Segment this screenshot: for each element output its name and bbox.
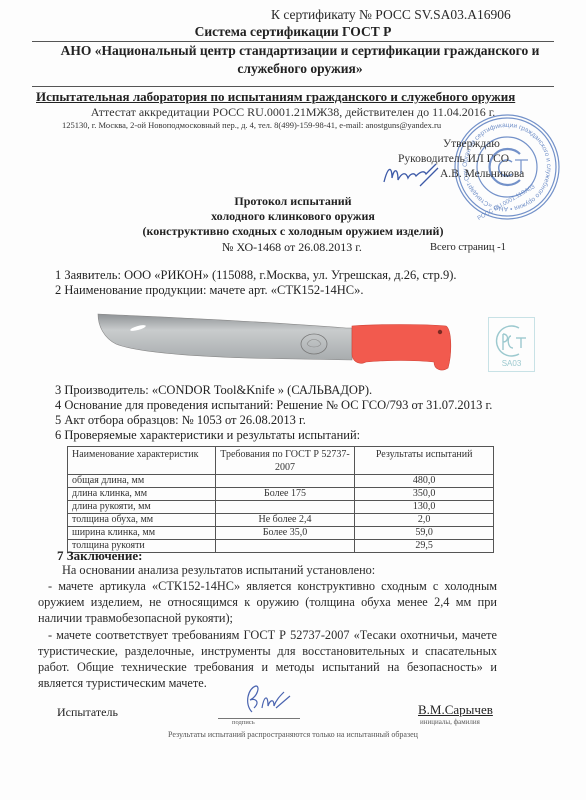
conclusion-point-1: - мачете артикула «СТК152-14НС» является… <box>38 578 497 626</box>
result-cell: 480,0 <box>355 475 494 488</box>
applicant-line: 1 Заявитель: ООО «РИКОН» (115088, г.Моск… <box>55 268 457 283</box>
certificate-reference: К сертификату № РОСС SV.SA03.A16906 <box>271 7 511 23</box>
organization-name: АНО «Национальный центр стандартизации и… <box>30 42 570 78</box>
table-row: длина клинка, ммБолее 175350,0 <box>68 488 494 501</box>
column-header: Наименование характеристик <box>68 447 216 475</box>
result-cell: 350,0 <box>355 488 494 501</box>
page-count: Всего страниц -1 <box>430 242 506 253</box>
signature-caption: подпись <box>232 719 255 726</box>
protocol-subtitle: холодного клинкового оружия <box>0 209 586 224</box>
rst-certification-icon: SA03 <box>489 318 534 371</box>
characteristic-cell: длина клинка, мм <box>68 488 216 501</box>
machete-image <box>96 310 462 376</box>
name-caption: инициалы, фамилия <box>420 718 480 726</box>
column-header: Результаты испытаний <box>355 447 494 475</box>
footer-note: Результаты испытаний распространяются то… <box>0 730 586 739</box>
requirement-cell <box>215 501 355 514</box>
system-title: Система сертификации ГОСТ Р <box>0 24 586 40</box>
table-header-row: Наименование характеристик Требования по… <box>68 447 494 475</box>
tester-name: В.М.Сарычев <box>418 702 493 718</box>
signature-line <box>218 718 300 719</box>
characteristic-cell: длина рукояти, мм <box>68 501 216 514</box>
table-row: ширина клинка, ммБолее 35,059,0 <box>68 527 494 540</box>
characteristics-heading: 6 Проверяемые характеристики и результат… <box>55 428 360 443</box>
manufacturer-line: 3 Производитель: «CONDOR Tool&Knife » (С… <box>55 383 372 398</box>
sampling-act-line: 5 Акт отбора образцов: № 1053 от 26.08.2… <box>55 413 306 428</box>
characteristic-cell: толщина обуха, мм <box>68 514 216 527</box>
result-cell: 29,5 <box>355 540 494 553</box>
tester-signature-icon <box>238 682 294 718</box>
product-name-line: 2 Наименование продукции: мачете арт. «С… <box>55 283 364 298</box>
protocol-subtitle-note: (конструктивно сходных с холодным оружие… <box>0 224 586 239</box>
protocol-number: № ХО-1468 от 26.08.2013 г. <box>222 240 362 255</box>
divider <box>32 86 554 87</box>
contact-address: 125130, г. Москва, 2-ой Новоподмосковный… <box>62 120 441 130</box>
result-cell: 2,0 <box>355 514 494 527</box>
requirement-cell: Более 35,0 <box>215 527 355 540</box>
tester-label: Испытатель <box>57 705 118 720</box>
certification-mark: SA03 <box>488 317 535 372</box>
characteristic-cell: ширина клинка, мм <box>68 527 216 540</box>
director-signature-icon <box>380 160 460 190</box>
table-row: общая длина, мм480,0 <box>68 475 494 488</box>
protocol-title: Протокол испытаний <box>0 194 586 209</box>
requirement-cell: Не более 2,4 <box>215 514 355 527</box>
conclusion-intro: На основании анализа результатов испытан… <box>62 562 521 578</box>
result-cell: 130,0 <box>355 501 494 514</box>
result-cell: 59,0 <box>355 527 494 540</box>
table-row: длина рукояти, мм130,0 <box>68 501 494 514</box>
laboratory-name: Испытательная лаборатория по испытаниям … <box>36 89 515 105</box>
test-results-table: Наименование характеристик Требования по… <box>67 446 494 553</box>
requirement-cell <box>215 540 355 553</box>
test-basis-line: 4 Основание для проведения испытаний: Ре… <box>55 398 492 413</box>
characteristic-cell: общая длина, мм <box>68 475 216 488</box>
column-header: Требования по ГОСТ Р 52737-2007 <box>215 447 355 475</box>
svg-text:SA03: SA03 <box>502 359 522 368</box>
table-row: толщина обуха, ммНе более 2,42,0 <box>68 514 494 527</box>
requirement-cell <box>215 475 355 488</box>
approval-label: Утверждаю <box>443 138 500 150</box>
requirement-cell: Более 175 <box>215 488 355 501</box>
